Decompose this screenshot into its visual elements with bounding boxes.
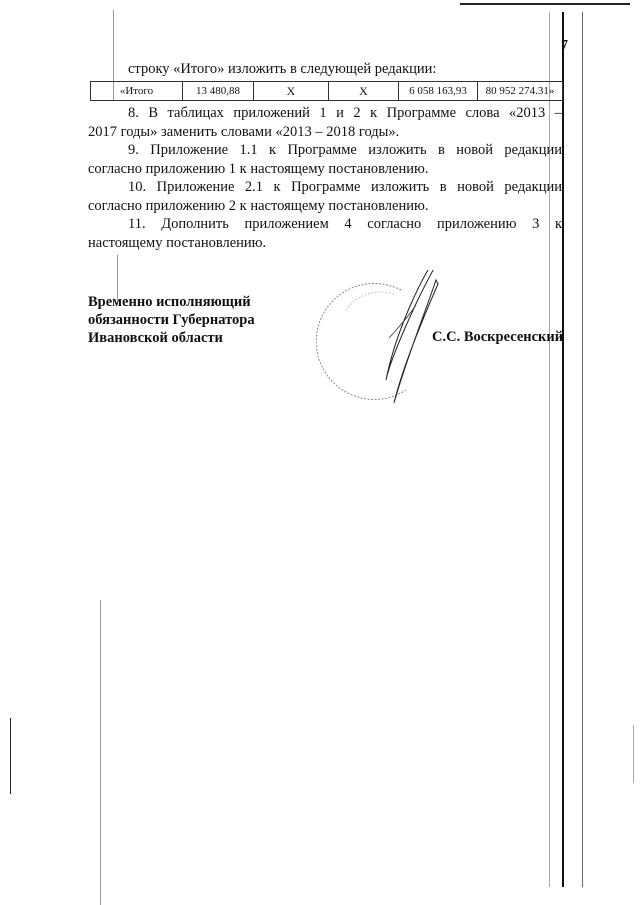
table-cell: «Итого <box>91 82 183 101</box>
right-scan-line-outer <box>582 12 583 887</box>
table-cell: 13 480,88 <box>183 82 254 101</box>
position-line: Временно исполняющий <box>88 293 255 311</box>
signatory-position: Временно исполняющий обязанности Губерна… <box>88 293 255 347</box>
page-number: 7 <box>561 38 568 54</box>
position-line: обязанности Губернатора <box>88 311 255 329</box>
right-edge-mark <box>633 725 634 783</box>
paragraph-first-line: 11. Дополнить приложением 4 согласно при… <box>88 215 562 234</box>
paragraph-first-line: 9. Приложение 1.1 к Программе изложить в… <box>88 141 562 160</box>
top-scan-edge <box>460 3 630 5</box>
intro-line: строку «Итого» изложить в следующей реда… <box>128 61 436 78</box>
itogo-table: «Итого 13 480,88 X X 6 058 163,93 80 952… <box>90 81 563 101</box>
table-cell: X <box>254 82 329 101</box>
table-cell: 6 058 163,93 <box>399 82 478 101</box>
paragraph-rest: 2017 годы» заменить словами «2013 – 2018… <box>88 123 562 142</box>
paragraph-11: 11. Дополнить приложением 4 согласно при… <box>88 215 562 252</box>
table-cell: X <box>329 82 399 101</box>
paragraph-rest: согласно приложению 2 к настоящему поста… <box>88 197 562 216</box>
left-margin-mark <box>10 718 11 794</box>
paragraph-first-line: 10. Приложение 2.1 к Программе изложить … <box>88 178 562 197</box>
right-scan-line-dark <box>562 12 564 887</box>
left-scan-line-3 <box>100 600 101 905</box>
paragraph-first-line: 8. В таблицах приложений 1 и 2 к Програм… <box>88 104 562 123</box>
table-cell: 80 952 274.31» <box>478 82 563 101</box>
paragraph-10: 10. Приложение 2.1 к Программе изложить … <box>88 178 562 215</box>
paragraph-8: 8. В таблицах приложений 1 и 2 к Програм… <box>88 104 562 141</box>
paragraph-rest: согласно приложению 1 к настоящему поста… <box>88 160 562 179</box>
paragraph-9: 9. Приложение 1.1 к Программе изложить в… <box>88 141 562 178</box>
paragraph-rest: настоящему постановлению. <box>88 234 562 253</box>
table-row: «Итого 13 480,88 X X 6 058 163,93 80 952… <box>91 82 563 101</box>
signatory-name: С.С. Воскресенский <box>432 329 563 346</box>
position-line: Ивановской области <box>88 329 255 347</box>
